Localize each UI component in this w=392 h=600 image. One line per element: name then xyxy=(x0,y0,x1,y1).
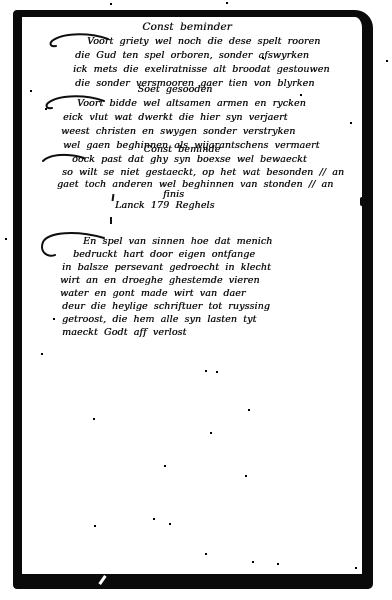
verse-line: ick mets die exeliratnisse alt broodat g… xyxy=(73,64,330,78)
scan-dust-specks xyxy=(22,17,24,19)
verse-line: gaet toch anderen wel beghinnen van ston… xyxy=(57,179,344,192)
finis-mark: finis xyxy=(163,189,184,200)
verse-line: maeckt Godt aff verlost xyxy=(62,327,272,340)
verse-line: oock past dat ghy syn boexse wel bewaeck… xyxy=(72,154,344,167)
refrain-line: Soet gesooden xyxy=(22,84,362,95)
verse-line: En spel van sinnen hoe dat menich xyxy=(83,236,272,249)
manuscript-paper: Const beminder Voort griety wel noch die… xyxy=(22,17,362,574)
verse-line: getroost, die hem alle syn lasten tyt xyxy=(62,314,272,327)
stanza-3: oock past dat ghy syn boexse wel bewaeck… xyxy=(57,154,344,192)
verse-line: die Gud ten spel orboren, sonder afswyrk… xyxy=(75,50,330,64)
scan-border-blemish xyxy=(360,197,364,206)
ink-tick xyxy=(110,217,112,224)
verse-line: Voort bidde wel altsamen armen en rycken xyxy=(77,98,320,112)
verse-line: wirt an en droeghe ghestemde vieren xyxy=(60,275,272,288)
verse-line: water en gont made wirt van daer xyxy=(60,288,272,301)
verse-line: so wilt se niet gestaeckt, op het wat be… xyxy=(62,167,344,180)
verse-line: bedruckt hart door eigen ontfange xyxy=(73,249,272,262)
ink-tick xyxy=(112,194,114,201)
length-note: Lanck 179 Reghels xyxy=(115,200,215,211)
scan-dust-margin xyxy=(0,0,2,2)
scanned-manuscript-page: Const beminder Voort griety wel noch die… xyxy=(0,0,392,600)
page-border-frame: Const beminder Voort griety wel noch die… xyxy=(13,10,373,589)
verse-line: eick vlut wat dwerkt die hier syn verjae… xyxy=(63,112,320,126)
section-heading: Const beminder xyxy=(22,21,362,33)
stanza-4: En spel van sinnen hoe dat menich bedruc… xyxy=(60,236,272,340)
verse-line: weest christen en swygen sonder verstryk… xyxy=(61,126,320,140)
verse-line: Voort griety wel noch die dese spelt roo… xyxy=(87,36,330,50)
verse-line: in balsze persevant gedroecht in klecht xyxy=(62,262,272,275)
verse-line: deur die heylige schriftuer tot ruyssing xyxy=(62,301,272,314)
